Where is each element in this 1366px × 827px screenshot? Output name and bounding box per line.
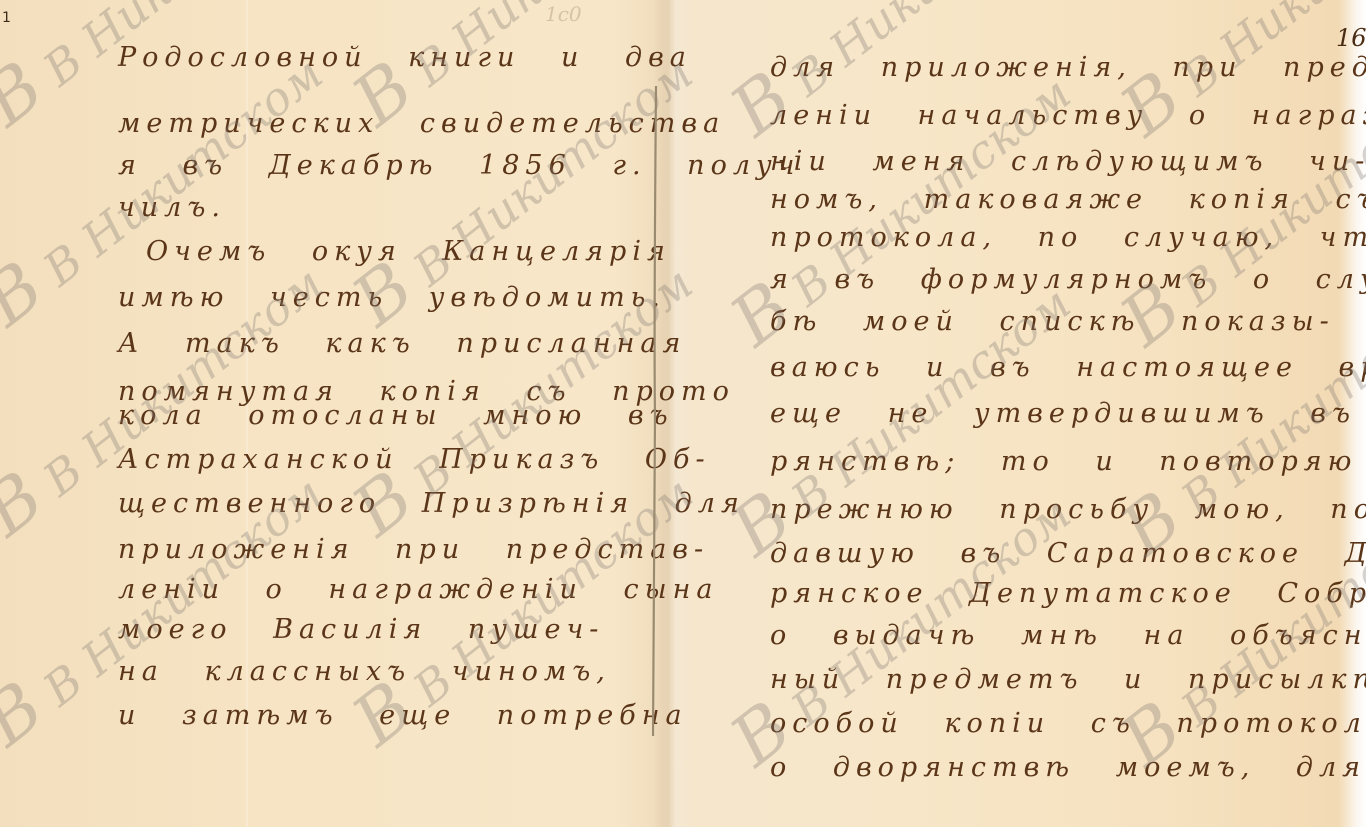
text-line: моего Василія пушеч- bbox=[118, 614, 604, 645]
text-line: Очемъ окуя Канцелярія bbox=[146, 236, 671, 267]
page-number: 164 bbox=[1336, 24, 1366, 52]
text-line: ніи меня слѣдующимъ чи- bbox=[770, 146, 1366, 177]
text-line: ваюсь и въ настоящее время bbox=[770, 352, 1366, 383]
text-line: щественного Призрѣнія для bbox=[118, 488, 745, 519]
text-line: метрических свидетельства bbox=[118, 108, 725, 139]
text-line: имѣю честь увѣдомить. bbox=[118, 282, 666, 313]
text-line: о выдачѣ мнѣ на объясне- bbox=[770, 620, 1366, 651]
text-line: кола отосланы мною въ bbox=[118, 400, 674, 431]
text-line: рянствѣ; то и повторяю bbox=[770, 446, 1357, 477]
text-line: протокола, по случаю, что bbox=[770, 222, 1366, 253]
text-line: на классныхъ чиномъ, bbox=[118, 656, 611, 687]
text-line: приложенія при представ- bbox=[118, 534, 709, 565]
binding-thread bbox=[652, 86, 658, 736]
text-line: я въ формулярномъ о служ- bbox=[770, 264, 1366, 295]
text-line: давшую въ Саратовское Дво- bbox=[770, 538, 1366, 569]
left-page: Родословной книги и два метрических свид… bbox=[0, 0, 668, 827]
text-line: Родословной книги и два bbox=[118, 42, 692, 73]
right-page: 164 для приложенія, при представ леніи н… bbox=[676, 0, 1356, 827]
text-line: о дворянствѣ моемъ, для bbox=[770, 752, 1366, 783]
text-line: ный предметъ и присылкѣ bbox=[770, 664, 1366, 695]
text-line: еще не утвердившимъ въ дво bbox=[770, 398, 1366, 429]
text-line: рянское Депутатское Собраніе, bbox=[770, 578, 1366, 609]
text-line: чилъ. bbox=[118, 192, 226, 223]
manuscript-spread: 1 1с0 Родословной книги и два метрически… bbox=[0, 0, 1366, 827]
text-line: для приложенія, при представ bbox=[770, 52, 1366, 83]
text-line: Астраханской Приказъ Об- bbox=[118, 444, 711, 475]
text-line: номъ, таковаяже копія съ bbox=[770, 184, 1366, 215]
text-line: леніи о награжденіи сына bbox=[118, 574, 718, 605]
text-line: леніи начальству о награжде- bbox=[770, 100, 1366, 131]
text-line: и затѣмъ еще потребна bbox=[118, 700, 688, 731]
text-line: бѣ моей спискѣ показы- bbox=[770, 306, 1335, 337]
text-line: прежнюю просьбу мою, по- bbox=[770, 494, 1366, 525]
text-line: особой копіи съ протокола bbox=[770, 708, 1366, 739]
text-line: А такъ какъ присланная bbox=[118, 328, 686, 359]
